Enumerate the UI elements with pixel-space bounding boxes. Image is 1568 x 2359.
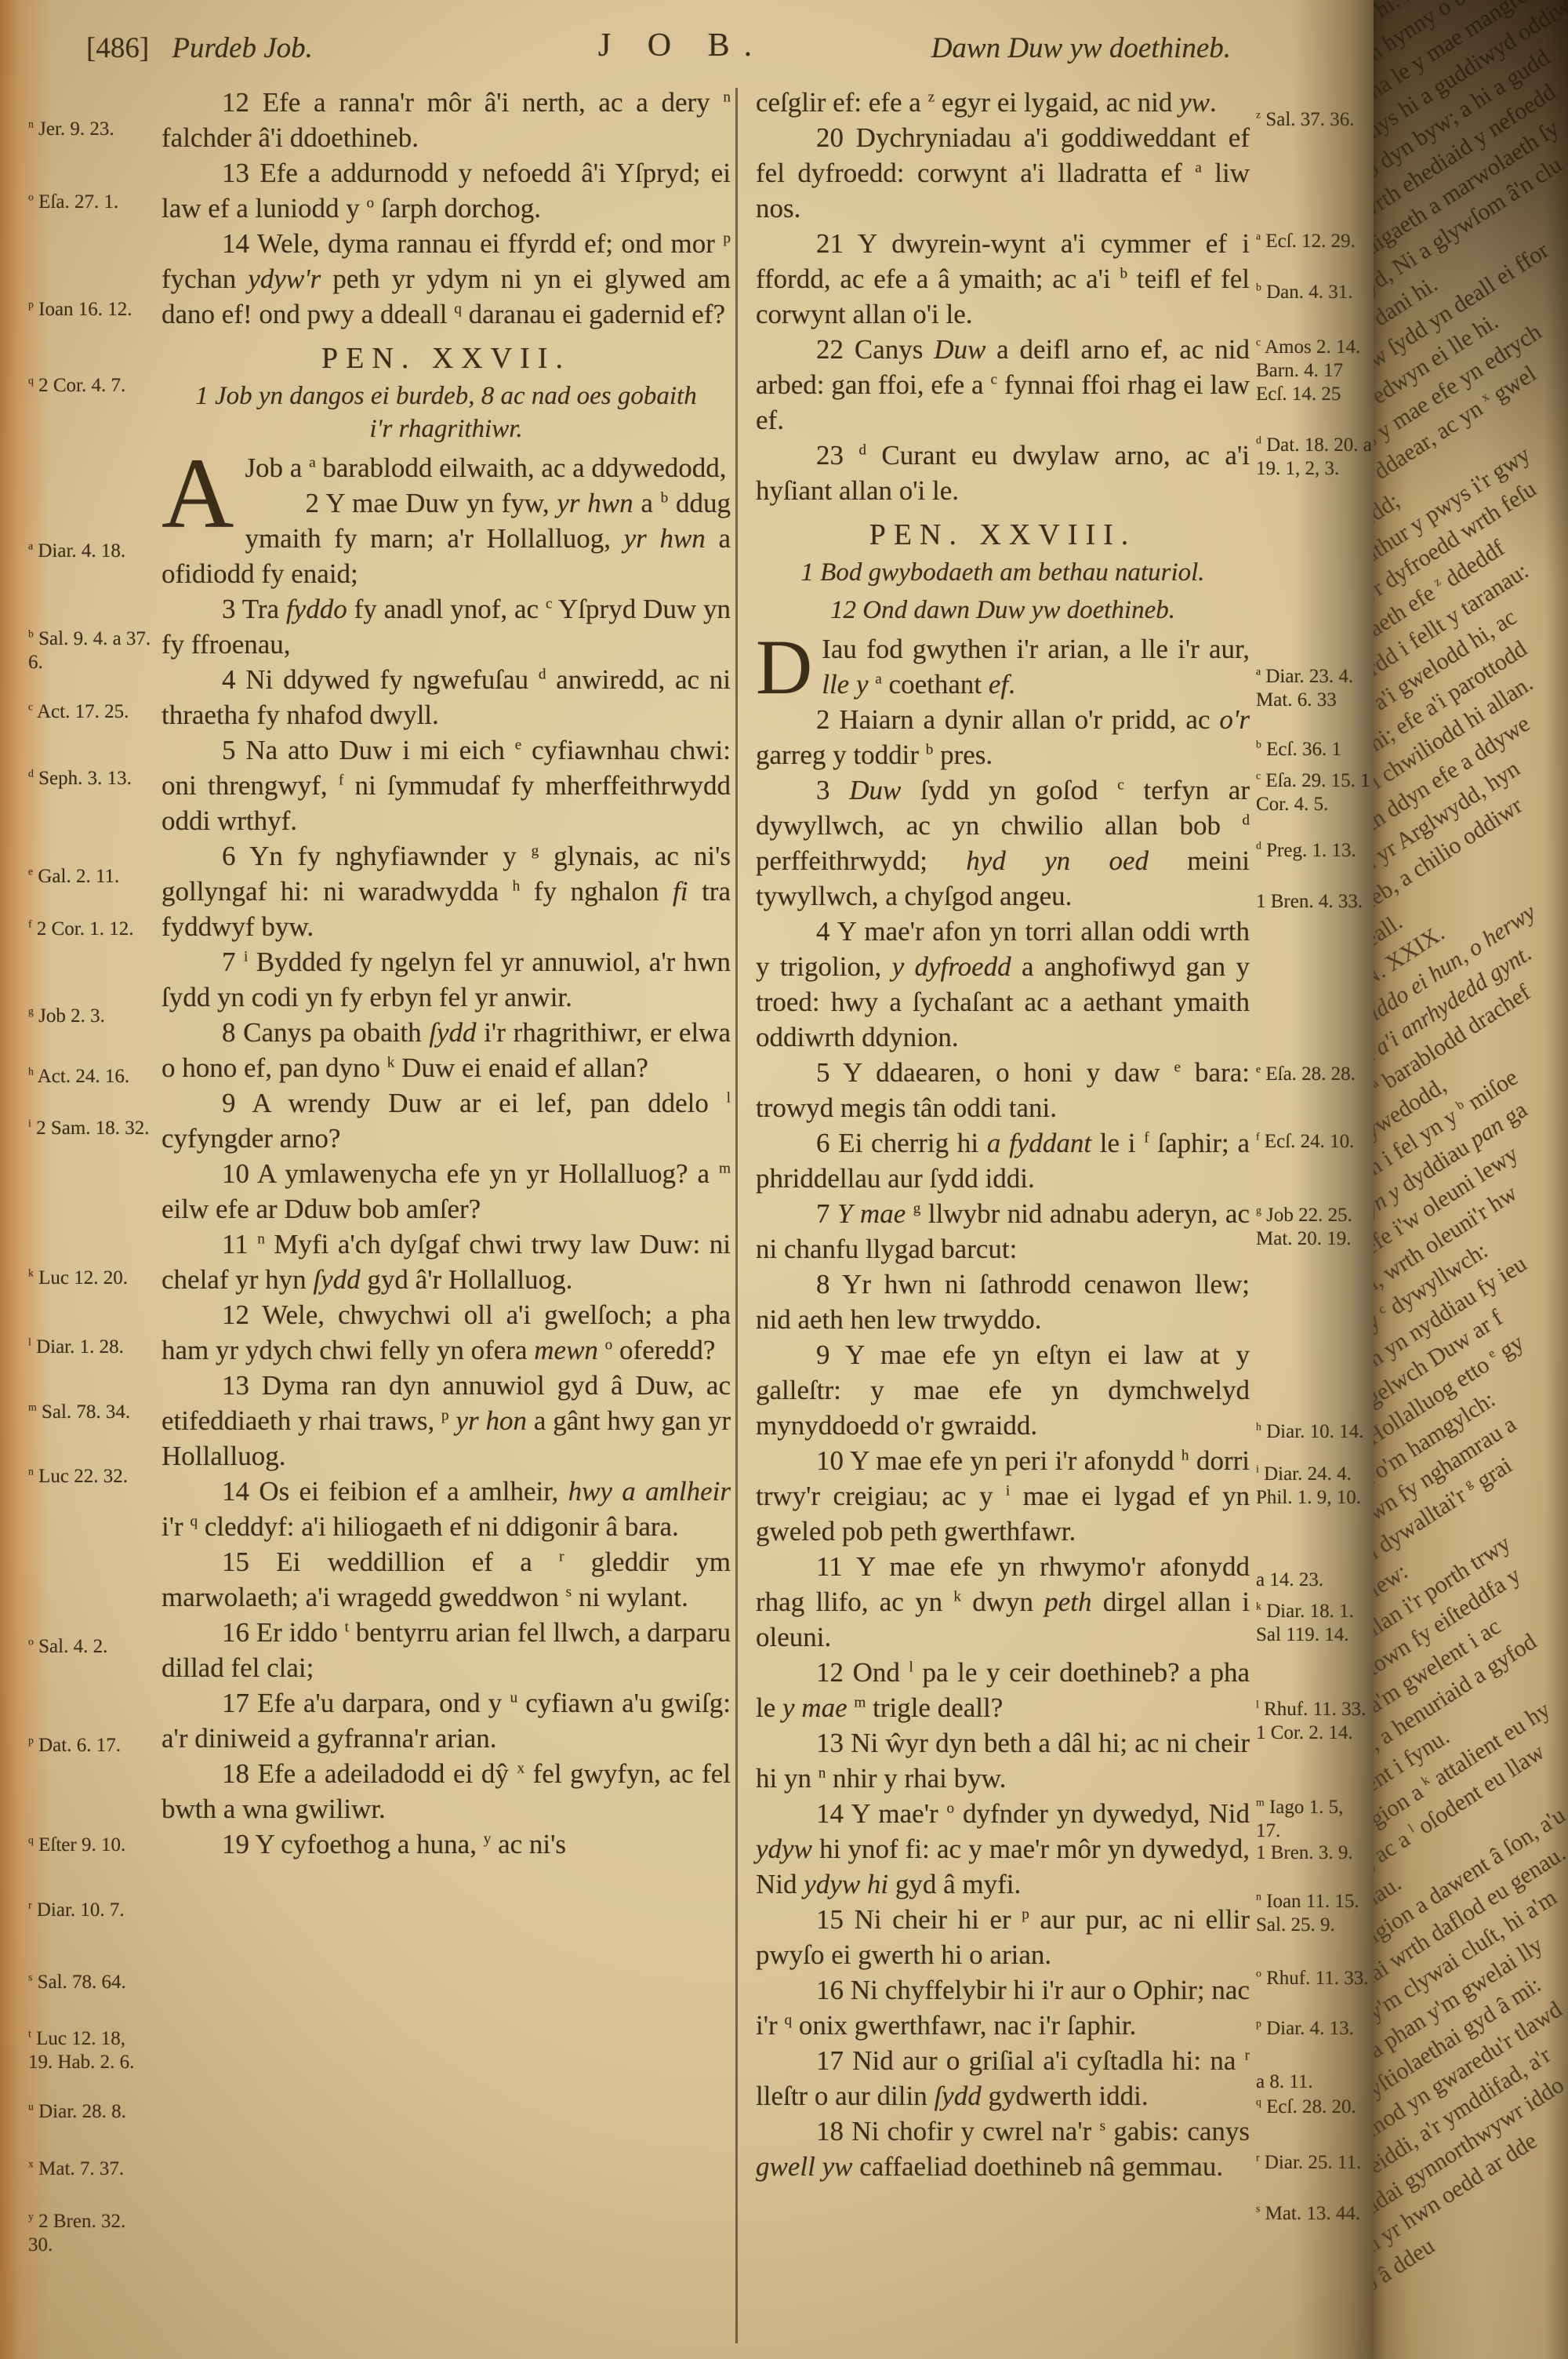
verse: 16 Ni chyffelybir hi i'r aur o Ophir; na… <box>756 1972 1250 2043</box>
chapter-summary: 1 Job yn dangos ei burdeb, 8 ac nad oes … <box>182 380 710 445</box>
verse: 23 d Curant eu dwylaw arno, ac a'i hyſia… <box>756 438 1250 508</box>
left-pre-verses: 12 Efe a ranna'r môr â'i nerth, ac a der… <box>162 85 731 332</box>
scanned-bible-page: [486] Purdeb Job. J O B. Dawn Duw yw doe… <box>0 0 1568 2359</box>
margin-note: q Eſter 9. 10. <box>28 1834 154 1857</box>
verse-1: A Job a a barablodd eilwaith, ac a ddywe… <box>162 450 731 485</box>
verse: 13 Ni ŵyr dyn beth a dâl hi; ac ni cheir… <box>756 1725 1250 1796</box>
verse: 5 Y ddaearen, o honi y daw e bara: trowy… <box>756 1055 1250 1125</box>
verse: 4 Ni ddywed fy ngwefuſau d anwiredd, ac … <box>162 662 731 732</box>
drop-cap: D <box>756 631 822 700</box>
verse: 9 A wrendy Duw ar ei lef, pan ddelo l cy… <box>162 1085 731 1156</box>
margin-note: n Luc 22. 32. <box>28 1465 154 1488</box>
margin-note: s Sal. 78. 64. <box>28 1971 154 1994</box>
verse: 15 Ni cheir hi er p aur pur, ac ni ellir… <box>756 1902 1250 1972</box>
chapter-summary: 12 Ond dawn Duw yw doethineb. <box>776 594 1229 627</box>
left-text-column: 12 Efe a ranna'r môr â'i nerth, ac a der… <box>162 85 731 1862</box>
verse-1-text: Job a a barablodd eilwaith, ac a ddywedo… <box>245 453 726 483</box>
margin-note: k Luc 12. 20. <box>28 1267 154 1290</box>
margin-note: q 2 Cor. 4. 7. <box>28 374 154 398</box>
verse: 14 Os ei feibion ef a amlheir, hwy a aml… <box>162 1474 731 1544</box>
margin-note: b Sal. 9. 4. a 37. 6. <box>28 627 154 674</box>
margin-note: t Luc 12. 18, 19. Hab. 2. 6. <box>28 2027 154 2074</box>
verse: 3 Duw ſydd yn goſod c terfyn ar dywyllwc… <box>756 772 1250 914</box>
verse: 9 Y mae efe yn eſtyn ei law at y galleſt… <box>756 1337 1250 1443</box>
verse: 16 Er iddo t bentyrru arian fel llwch, a… <box>162 1615 731 1685</box>
drop-cap: A <box>162 450 245 533</box>
verse: 7 i Bydded fy ngelyn fel yr annuwiol, a'… <box>162 944 731 1015</box>
margin-note: g Job 2. 3. <box>28 1005 154 1028</box>
margin-note: o Sal. 4. 2. <box>28 1635 154 1659</box>
verse: 11 Y mae efe yn rhwymo'r afonydd rhag ll… <box>756 1549 1250 1655</box>
margin-note: p Ioan 16. 12. <box>28 298 154 322</box>
verse: 6 Ei cherrig hi a fyddant le i f ſaphir;… <box>756 1125 1250 1196</box>
margin-note: l Diar. 1. 28. <box>28 1336 154 1359</box>
verse: 18 Efe a adeiladodd ei dŷ x fel gwyfyn, … <box>162 1756 731 1826</box>
verse: 17 Nid aur o griſial a'i cyſtadla hi: na… <box>756 2043 1250 2114</box>
verse: 7 Y mae g llwybr nid adnabu aderyn, ac n… <box>756 1196 1250 1267</box>
verse: 22 Canys Duw a deifl arno ef, ac nid arb… <box>756 332 1250 438</box>
verse: 21 Y dwyrein-wynt a'i cymmer ef i ffordd… <box>756 226 1250 332</box>
verse: 4 Y mae'r afon yn torri allan oddi wrth … <box>756 914 1250 1055</box>
verse: 11 n Myfi a'ch dyſgaf chwi trwy law Duw:… <box>162 1227 731 1297</box>
verse: 8 Yr hwn ni ſathrodd cenawon llew; nid a… <box>756 1267 1250 1337</box>
margin-note: x Mat. 7. 37. <box>28 2157 154 2181</box>
verse: 18 Ni chofir y cwrel na'r s gabis: canys… <box>756 2114 1250 2184</box>
verse-1-text: Iau fod gwythen i'r arian, a lle i'r aur… <box>822 634 1250 700</box>
carry-over-text: ceſglir ef: efe a z egyr ei lygaid, ac n… <box>756 85 1250 120</box>
verse-1: D Iau fod gwythen i'r arian, a lle i'r a… <box>756 631 1250 702</box>
margin-note: y 2 Bren. 32. 30. <box>28 2210 154 2257</box>
curled-page-edge: Ni ellir cyffelyddi hi: ni chyd-brinGan … <box>1374 0 1568 2359</box>
verse: 10 Y mae efe yn peri i'r afonydd h dorri… <box>756 1443 1250 1549</box>
middle-verses: 2 Haiarn a dynir allan o'r pridd, ac o'r… <box>756 702 1250 2184</box>
margin-note: f 2 Cor. 1. 12. <box>28 918 154 941</box>
verse: 8 Canys pa obaith ſydd i'r rhagrithiwr, … <box>162 1015 731 1085</box>
middle-text-column: ceſglir ef: efe a z egyr ei lygaid, ac n… <box>756 85 1250 2184</box>
margin-note: c Act. 17. 25. <box>28 700 154 724</box>
page-header: [486] Purdeb Job. J O B. Dawn Duw yw doe… <box>0 27 1364 82</box>
margin-note: p Dat. 6. 17. <box>28 1734 154 1757</box>
verse: 13 Dyma ran dyn annuwiol gyd â Duw, ac e… <box>162 1368 731 1474</box>
chapter-summary: 1 Bod gwybodaeth am bethau naturiol. <box>776 556 1229 589</box>
margin-note: n Jer. 9. 23. <box>28 118 154 141</box>
running-title-right: Dawn Duw yw doethineb. <box>931 31 1231 65</box>
verse: 3 Tra fyddo fy anadl ynof, ac c Yſpryd D… <box>162 591 731 662</box>
margin-note: e Gal. 2. 11. <box>28 865 154 889</box>
verse: 12 Ond l pa le y ceir doethineb? a pha l… <box>756 1655 1250 1725</box>
left-verses: 2 Y mae Duw yn fyw, yr hwn a b ddug ymai… <box>162 485 731 1862</box>
middle-pre-verses: 20 Dychryniadau a'i goddiweddant ef fel … <box>756 120 1250 508</box>
verse: 10 A ymlawenycha efe yn yr Hollalluog? a… <box>162 1156 731 1227</box>
verse: 12 Efe a ranna'r môr â'i nerth, ac a der… <box>162 85 731 155</box>
verse: 13 Efe a addurnodd y nefoedd â'i Yſpryd;… <box>162 155 731 226</box>
margin-note: a Diar. 4. 18. <box>28 540 154 563</box>
margin-note: d Seph. 3. 13. <box>28 767 154 791</box>
verse: 2 Haiarn a dynir allan o'r pridd, ac o'r… <box>756 702 1250 772</box>
page-fold-shadow <box>1292 0 1374 2359</box>
margin-note: i 2 Sam. 18. 32. <box>28 1117 154 1140</box>
verse: 6 Yn fy nghyfiawnder y g glynais, ac ni'… <box>162 838 731 944</box>
verse: 5 Na atto Duw i mi eich e cyfiawnhau chw… <box>162 732 731 838</box>
verse: 14 Y mae'r o dyfnder yn dywedyd, Nid ydy… <box>756 1796 1250 1902</box>
margin-note: o Eſa. 27. 1. <box>28 191 154 214</box>
chapter-heading: PEN. XXVIII. <box>756 518 1250 553</box>
margin-note: h Act. 24. 16. <box>28 1065 154 1089</box>
page-left-edge <box>0 0 50 2359</box>
chapter-heading: PEN. XXVII. <box>162 341 731 376</box>
verse: 17 Efe a'u darpara, ond y u cyfiawn a'u … <box>162 1685 731 1756</box>
verse: 19 Y cyfoethog a huna, y ac ni's <box>162 1826 731 1862</box>
verse: 15 Ei weddillion ef a r gleddir ym marwo… <box>162 1544 731 1615</box>
margin-note: r Diar. 10. 7. <box>28 1899 154 1922</box>
verse: 12 Wele, chwychwi oll a'i gwelſoch; a ph… <box>162 1297 731 1368</box>
verse: 20 Dychryniadau a'i goddiweddant ef fel … <box>756 120 1250 226</box>
column-divider-rule <box>735 88 738 2343</box>
margin-note: u Diar. 28. 8. <box>28 2100 154 2124</box>
margin-note: m Sal. 78. 34. <box>28 1401 154 1424</box>
verse: 14 Wele, dyma rannau ei ffyrdd ef; ond m… <box>162 226 731 332</box>
verse: 2 Y mae Duw yn fyw, yr hwn a b ddug ymai… <box>162 485 731 591</box>
